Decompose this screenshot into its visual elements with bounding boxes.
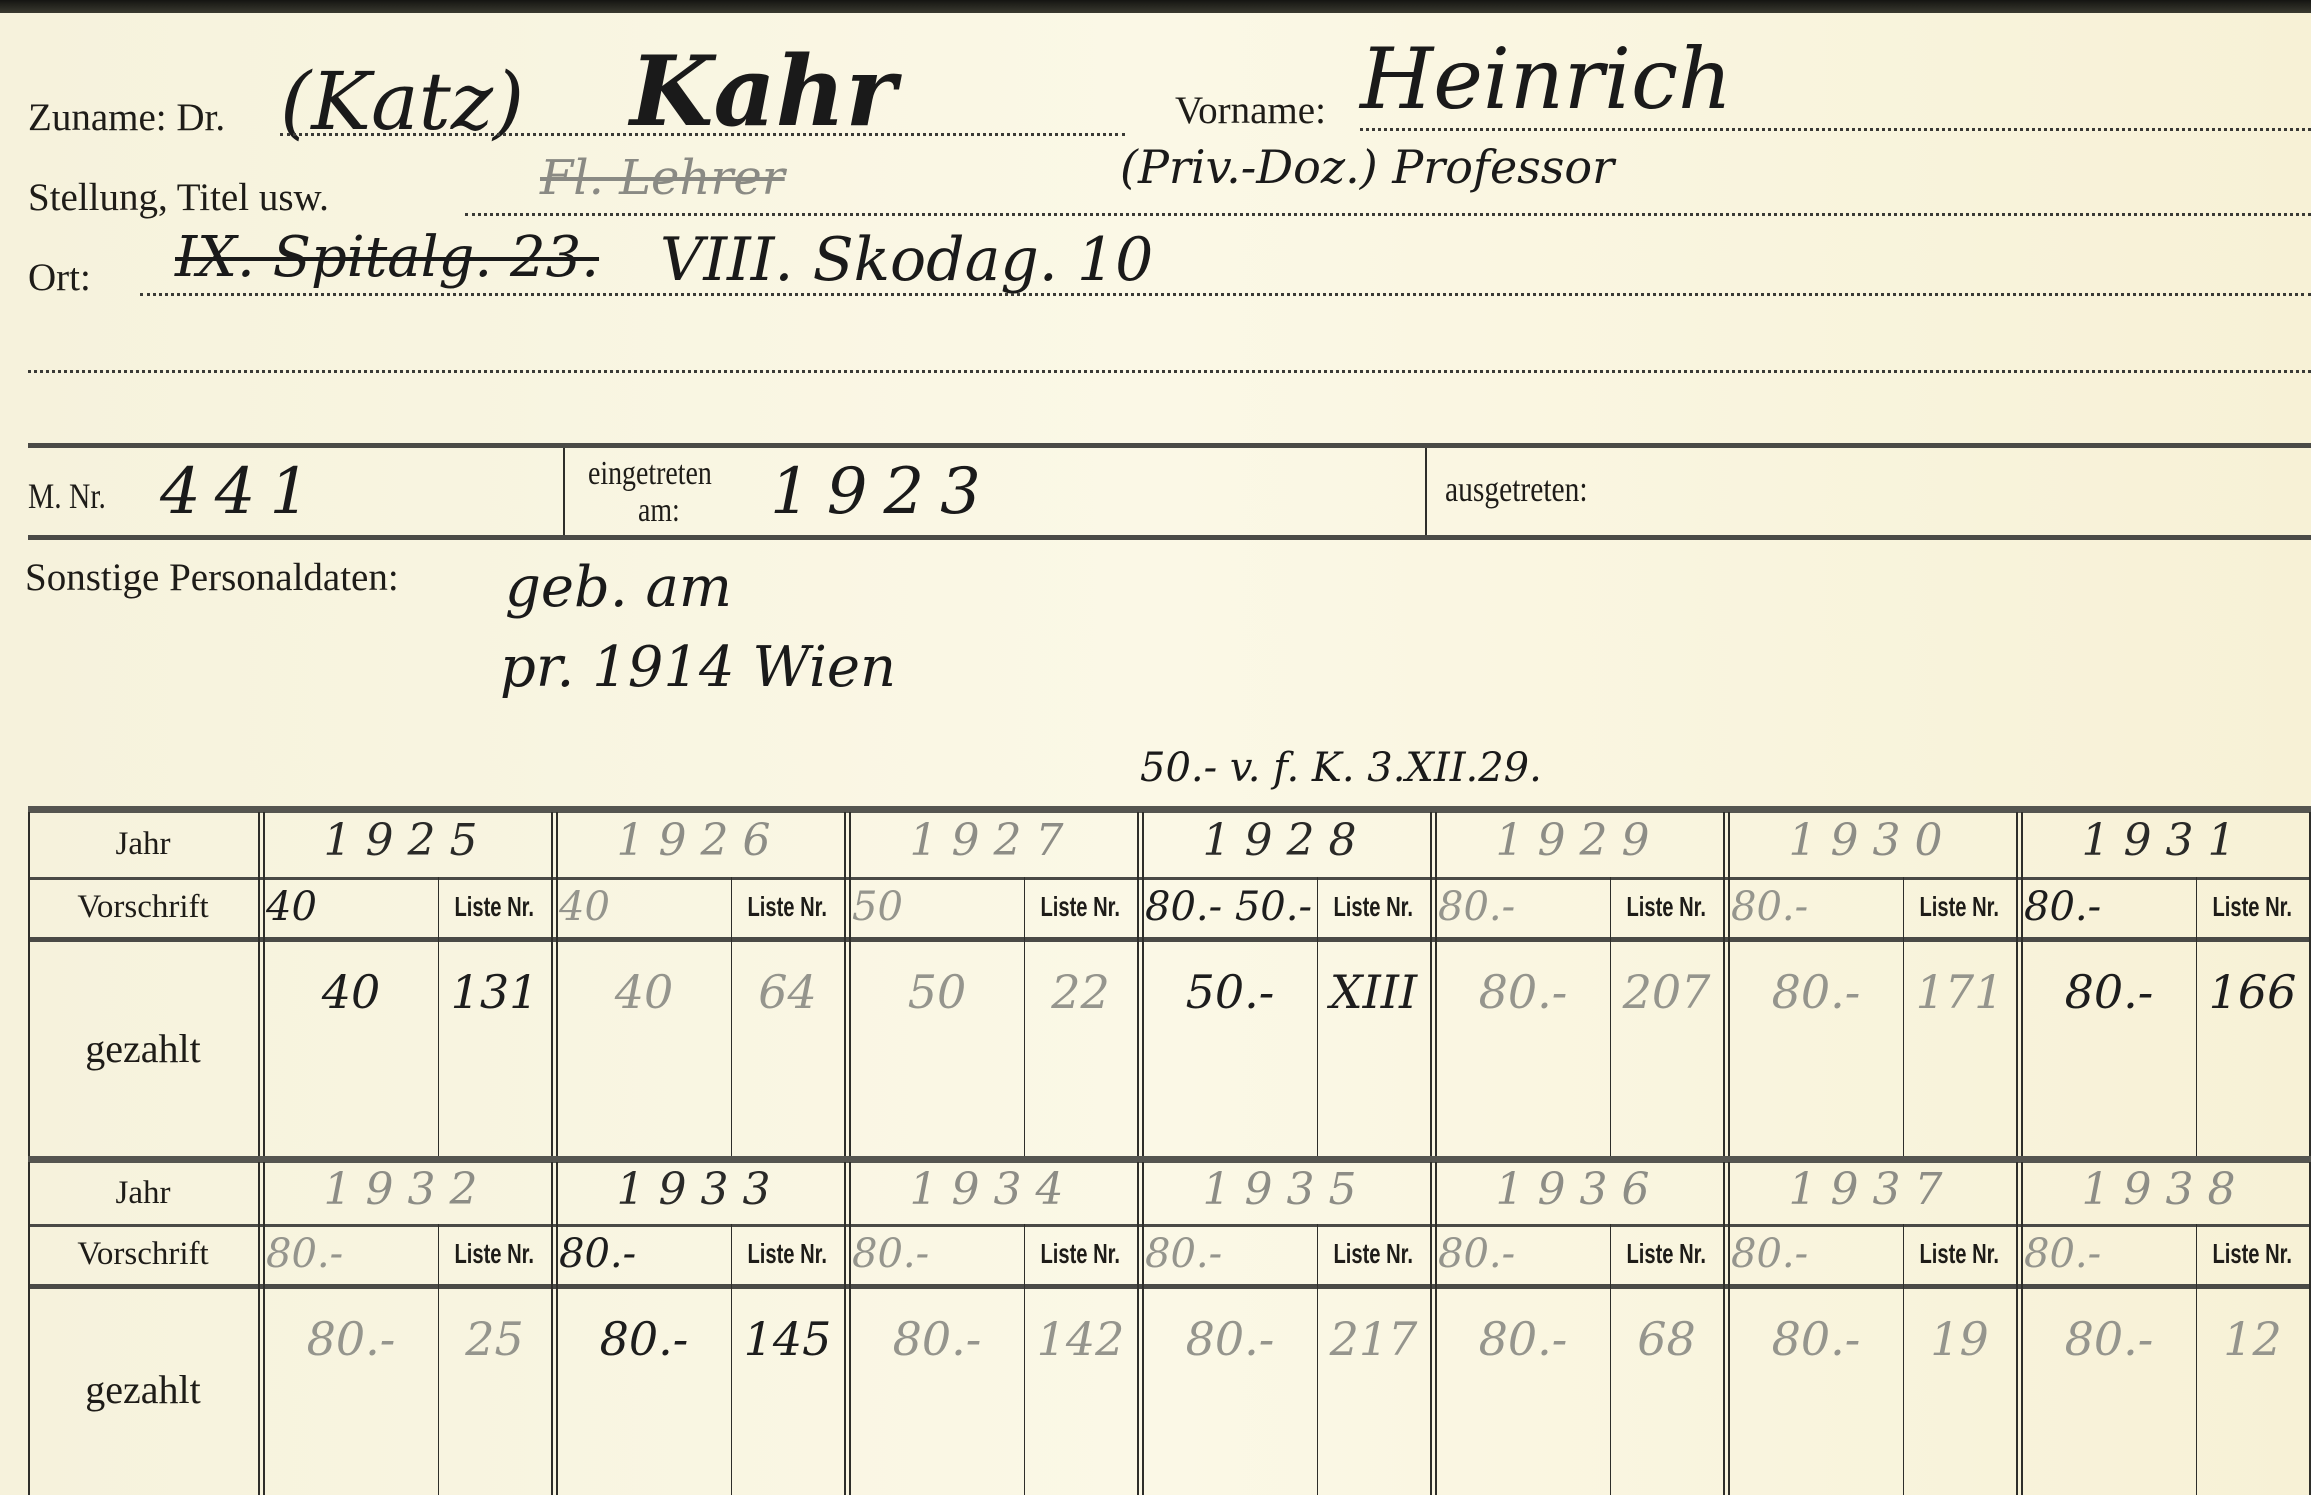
gezahlt-value: 40	[559, 947, 729, 1037]
year-divider	[1723, 1162, 1725, 1495]
payment-note: 50.- v. f. K. 3.XII.29.	[1140, 745, 1542, 791]
liste-nr-text: Liste Nr.	[455, 1238, 535, 1270]
liste-nr-value: 142	[1024, 1294, 1137, 1384]
eingetreten-value: 1923	[770, 455, 997, 529]
year-divider	[1430, 1162, 1432, 1495]
liste-nr-value: 145	[731, 1294, 844, 1384]
eingetreten-label: eingetreten	[588, 455, 712, 493]
vorschrift-label: Vorschrift	[28, 1224, 258, 1284]
liste-nr-text: Liste Nr.	[1627, 1238, 1707, 1270]
year-value: 1926	[557, 808, 844, 873]
liste-nr-label: Liste Nr.	[2196, 877, 2309, 937]
jahr-label: Jahr	[28, 1162, 258, 1224]
liste-nr-value: 25	[438, 1294, 551, 1384]
liste-nr-text: Liste Nr.	[1334, 891, 1414, 923]
gezahlt-value: 80.-	[1145, 1294, 1315, 1384]
year-divider	[844, 1162, 846, 1495]
liste-nr-text: Liste Nr.	[748, 1238, 828, 1270]
year-value: 1930	[1729, 808, 2016, 873]
eingetreten-am-label: am:	[638, 492, 680, 530]
liste-nr-label: Liste Nr.	[1317, 877, 1430, 937]
liste-nr-value: 166	[2196, 947, 2309, 1037]
gezahlt-value: 80.-	[1731, 947, 1901, 1037]
year-divider	[844, 812, 846, 1159]
gezahlt-value: 50	[852, 947, 1022, 1037]
ausgetreten-label: ausgetreten:	[1445, 468, 1588, 510]
vorschrift-value: 80.-	[1438, 1224, 1608, 1284]
liste-nr-value: 131	[438, 947, 551, 1037]
liste-nr-label: Liste Nr.	[731, 1224, 844, 1284]
zuname-value: Kahr	[630, 35, 896, 148]
year-value: 1927	[850, 808, 1137, 873]
vorschrift-value: 80.-	[852, 1224, 1022, 1284]
year-divider	[258, 812, 260, 1159]
mnr-divider-2	[1425, 448, 1427, 535]
zuname-label: Zuname: Dr.	[28, 95, 225, 140]
vorschrift-value: 40	[559, 877, 729, 937]
stellung-value: (Priv.-Doz.) Professor	[1120, 140, 1614, 194]
liste-nr-text: Liste Nr.	[1920, 891, 2000, 923]
blank-dotted-line	[28, 370, 2311, 373]
stellung-label: Stellung, Titel usw.	[28, 175, 329, 220]
vorschrift-value: 80.-	[2024, 1224, 2194, 1284]
liste-nr-label: Liste Nr.	[438, 1224, 551, 1284]
liste-nr-text: Liste Nr.	[2213, 1238, 2293, 1270]
ort-label: Ort:	[28, 255, 91, 300]
year-divider	[2016, 812, 2018, 1159]
year-divider	[551, 812, 553, 1159]
mnr-top-rule	[28, 443, 2311, 448]
liste-nr-text: Liste Nr.	[455, 891, 535, 923]
ort-value: VIII. Skodag. 10	[660, 225, 1153, 295]
liste-nr-value: 171	[1903, 947, 2016, 1037]
gezahlt-value: 50.-	[1145, 947, 1315, 1037]
mnr-label: M. Nr.	[28, 475, 106, 517]
ort-struck-value: IX. Spitalg. 23.	[175, 225, 599, 290]
year-value: 1931	[2022, 808, 2309, 873]
vorschrift-value: 80.-	[266, 1224, 436, 1284]
vorschrift-value: 80.-	[1731, 1224, 1901, 1284]
liste-nr-label: Liste Nr.	[438, 877, 551, 937]
gezahlt-value: 80.-	[2024, 1294, 2194, 1384]
gezahlt-value: 80.-	[852, 1294, 1022, 1384]
stellung-struck-value: Fl. Lehrer	[540, 150, 785, 206]
gezahlt-value: 80.-	[559, 1294, 729, 1384]
gezahlt-value: 80.-	[1731, 1294, 1901, 1384]
liste-nr-text: Liste Nr.	[1920, 1238, 2000, 1270]
year-value: 1936	[1436, 1158, 1723, 1220]
liste-nr-text: Liste Nr.	[1041, 1238, 1121, 1270]
vorschrift-value: 50	[852, 877, 1022, 937]
liste-nr-label: Liste Nr.	[1024, 1224, 1137, 1284]
year-divider	[1430, 812, 1432, 1159]
liste-nr-value: 22	[1024, 947, 1137, 1037]
year-value: 1928	[1143, 808, 1430, 873]
liste-nr-value: XIII	[1317, 947, 1430, 1037]
gezahlt-label: gezahlt	[28, 1284, 258, 1495]
ort-dotted-line	[140, 293, 2311, 296]
vorschrift-value: 80.-	[559, 1224, 729, 1284]
liste-nr-value: 207	[1610, 947, 1723, 1037]
vorname-label: Vorname:	[1175, 88, 1326, 133]
year-divider	[258, 1162, 260, 1495]
zuname-dotted-line	[280, 133, 1125, 136]
year-value: 1933	[557, 1158, 844, 1220]
vorschrift-value: 80.-	[1731, 877, 1901, 937]
liste-nr-text: Liste Nr.	[1334, 1238, 1414, 1270]
liste-nr-value: 68	[1610, 1294, 1723, 1384]
vorschrift-value: 40	[266, 877, 436, 937]
liste-nr-text: Liste Nr.	[748, 891, 828, 923]
vorschrift-value: 80.-	[2024, 877, 2194, 937]
vorschrift-label: Vorschrift	[28, 877, 258, 937]
sonstige-label: Sonstige Personaldaten:	[25, 555, 399, 600]
mnr-value: 441	[160, 455, 324, 529]
mnr-bottom-rule	[28, 535, 2311, 540]
liste-nr-text: Liste Nr.	[1041, 891, 1121, 923]
year-value: 1937	[1729, 1158, 2016, 1220]
year-value: 1929	[1436, 808, 1723, 873]
liste-nr-value: 19	[1903, 1294, 2016, 1384]
year-divider	[551, 1162, 553, 1495]
gezahlt-value: 80.-	[1438, 947, 1608, 1037]
liste-nr-label: Liste Nr.	[1610, 1224, 1723, 1284]
year-value: 1934	[850, 1158, 1137, 1220]
year-value: 1935	[1143, 1158, 1430, 1220]
table-rule	[28, 1284, 2311, 1289]
liste-nr-label: Liste Nr.	[1903, 877, 2016, 937]
liste-nr-text: Liste Nr.	[2213, 891, 2293, 923]
gezahlt-value: 80.-	[1438, 1294, 1608, 1384]
vorname-value: Heinrich	[1360, 30, 1732, 128]
liste-nr-label: Liste Nr.	[1317, 1224, 1430, 1284]
liste-nr-label: Liste Nr.	[1610, 877, 1723, 937]
liste-nr-value: 64	[731, 947, 844, 1037]
year-divider	[1137, 1162, 1139, 1495]
vorname-dotted-line	[1360, 128, 2311, 131]
liste-nr-label: Liste Nr.	[1903, 1224, 2016, 1284]
year-value: 1938	[2022, 1158, 2309, 1220]
year-divider	[2016, 1162, 2018, 1495]
vorschrift-value: 80.-	[1438, 877, 1608, 937]
vorschrift-value: 80.- 50.-	[1145, 877, 1315, 937]
sonstige-line-1: geb. am	[505, 555, 732, 620]
year-divider	[1137, 812, 1139, 1159]
gezahlt-label: gezahlt	[28, 937, 258, 1159]
sonstige-line-2: pr. 1914 Wien	[500, 635, 896, 700]
gezahlt-value: 40	[266, 947, 436, 1037]
mnr-divider-1	[563, 448, 565, 535]
liste-nr-value: 12	[2196, 1294, 2309, 1384]
liste-nr-text: Liste Nr.	[1627, 891, 1707, 923]
scan-top-edge	[0, 0, 2311, 13]
gezahlt-value: 80.-	[266, 1294, 436, 1384]
stellung-dotted-line	[465, 213, 2311, 216]
gezahlt-value: 80.-	[2024, 947, 2194, 1037]
liste-nr-label: Liste Nr.	[731, 877, 844, 937]
table-rule	[28, 937, 2311, 942]
year-value: 1925	[264, 808, 551, 873]
liste-nr-label: Liste Nr.	[1024, 877, 1137, 937]
liste-nr-value: 217	[1317, 1294, 1430, 1384]
jahr-label: Jahr	[28, 812, 258, 877]
vorschrift-value: 80.-	[1145, 1224, 1315, 1284]
liste-nr-label: Liste Nr.	[2196, 1224, 2309, 1284]
year-value: 1932	[264, 1158, 551, 1220]
year-divider	[1723, 812, 1725, 1159]
